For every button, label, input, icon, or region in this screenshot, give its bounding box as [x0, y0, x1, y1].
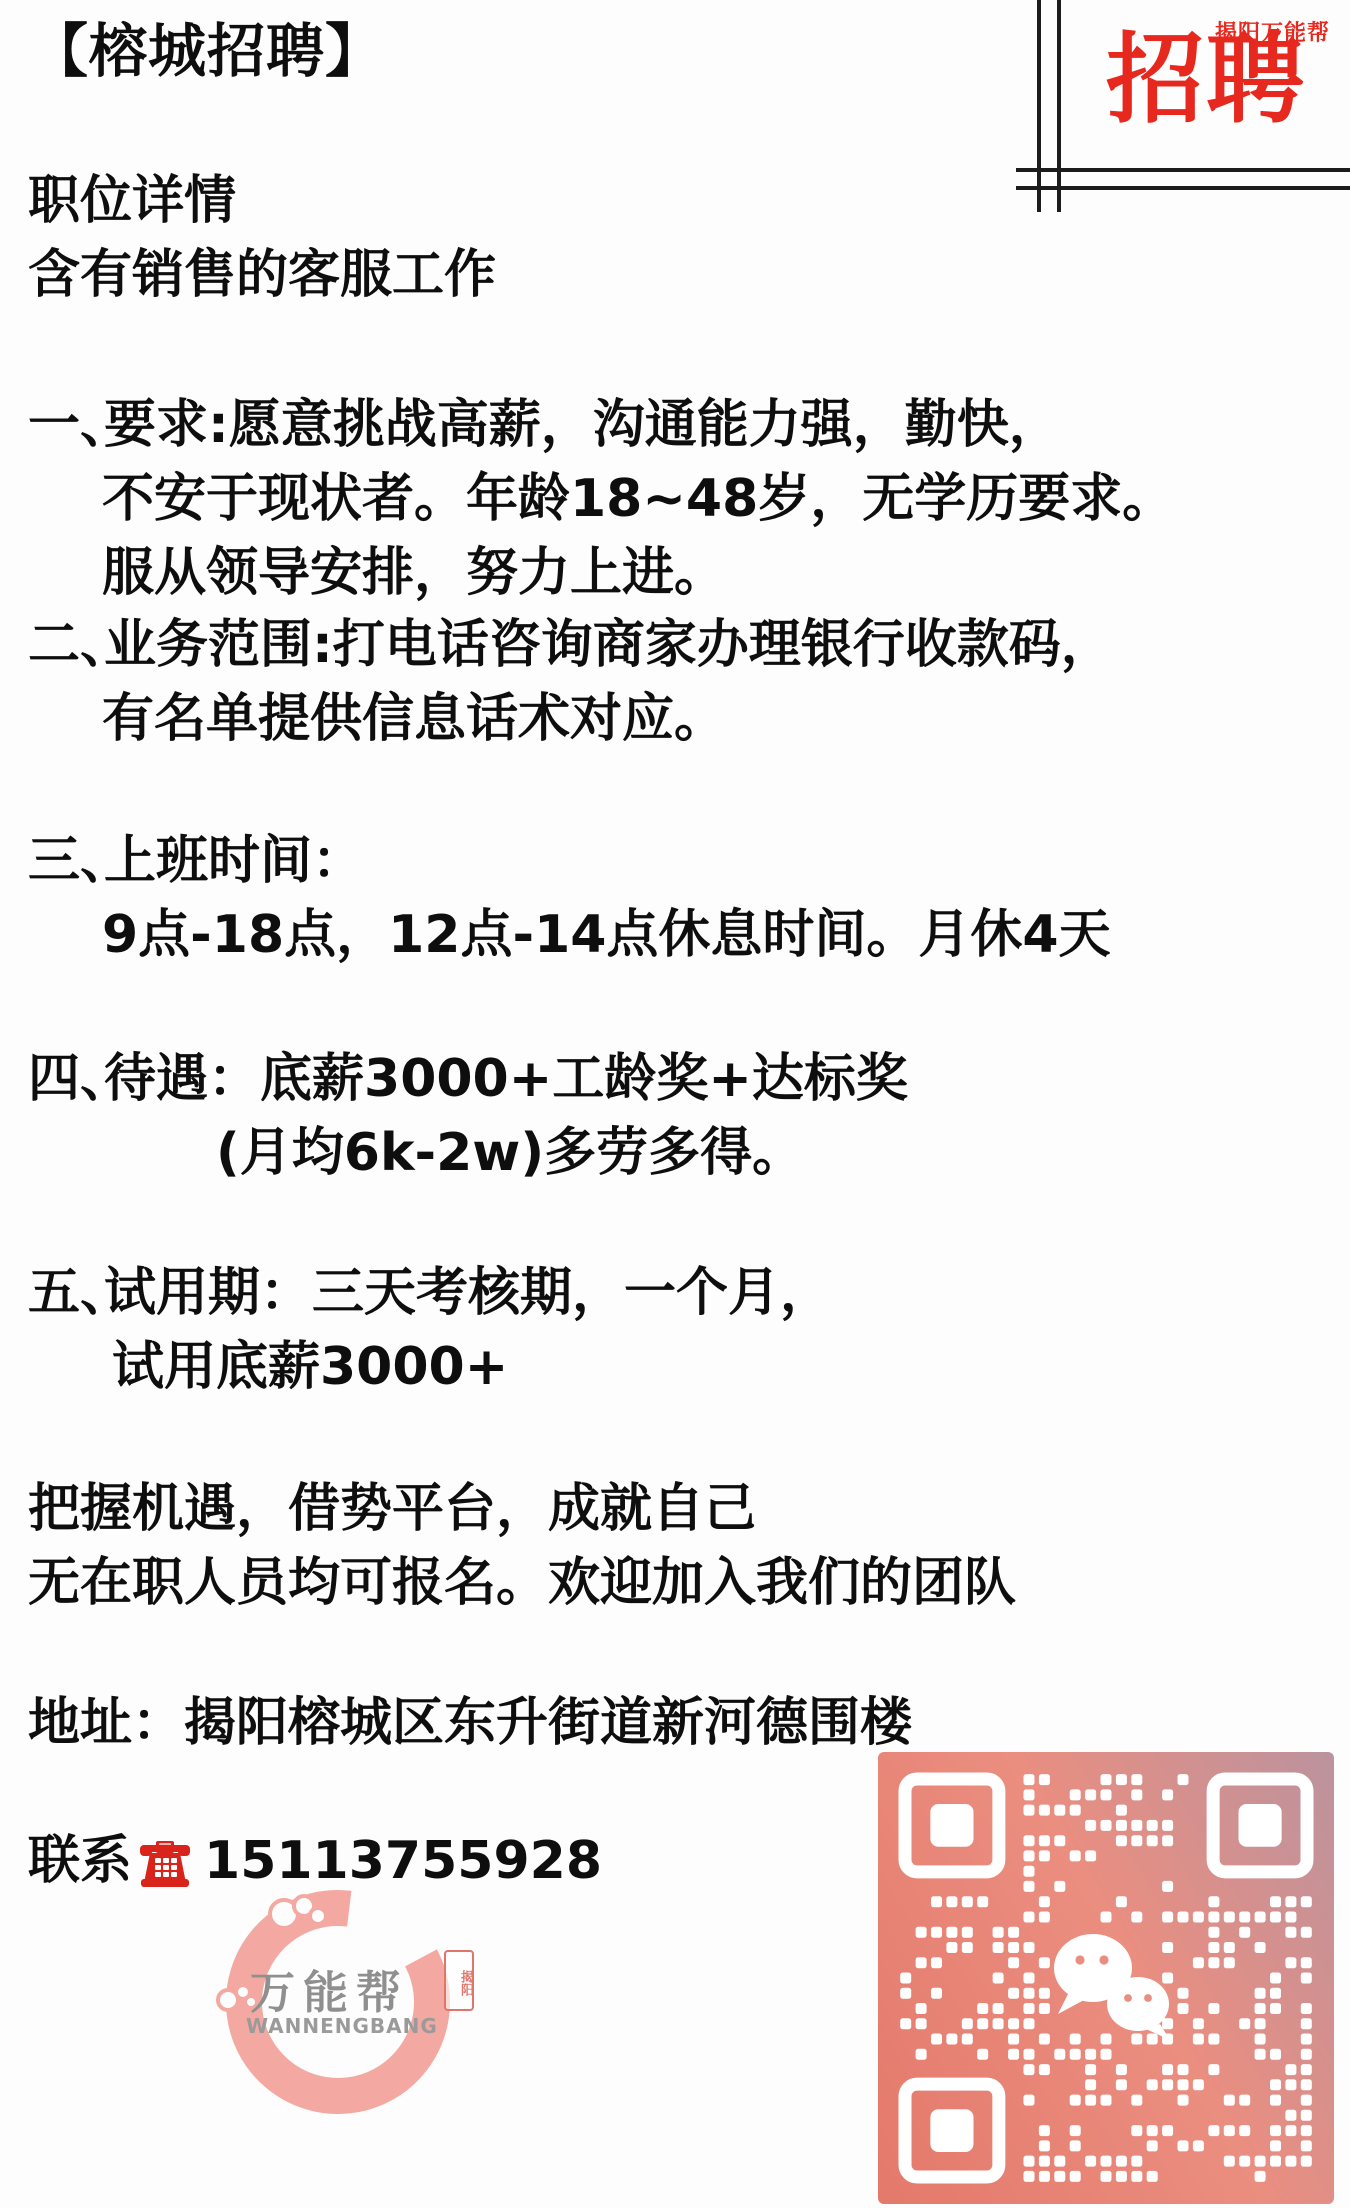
section-text: 上班时间： — [104, 831, 364, 891]
section-text: 9点-18点，12点-14点休息时间。月休4天 — [102, 898, 1111, 972]
section-text: 服从领导安排，努力上进。 — [102, 536, 1174, 610]
telephone-icon — [136, 1833, 194, 1889]
closing-slogan: 把握机遇，借势平台，成就自己 — [28, 1472, 756, 1546]
decor-vertical-line — [1057, 0, 1061, 212]
section-work-hours: 三、上班时间： 9点-18点，12点-14点休息时间。月休4天 — [28, 824, 1111, 972]
wannengbang-logo: 万能帮 WANNENGBANG 揭阳 — [188, 1880, 488, 2180]
logo-en-text: WANNENGBANG — [246, 2014, 438, 2038]
wechat-qr-code — [878, 1752, 1334, 2204]
recruit-stamp: 招聘 — [1106, 30, 1306, 130]
address-label: 地址： — [28, 1693, 184, 1753]
page-title: 【榕城招聘】 — [30, 18, 384, 84]
decor-horizontal-line — [1016, 186, 1350, 190]
section-text: 不安于现状者。年龄18~48岁，无学历要求。 — [102, 462, 1174, 536]
section-text: (月均6k-2w)多劳多得。 — [216, 1116, 908, 1190]
closing-invite: 无在职人员均可报名。欢迎加入我们的团队 — [28, 1546, 1016, 1620]
section-salary: 四、待遇：底薪3000+工龄奖+达标奖 (月均6k-2w)多劳多得。 — [28, 1042, 908, 1190]
logo-seal: 揭阳 — [444, 1950, 474, 2011]
section-probation: 五、试用期：三天考核期，一个月， 试用底薪3000+ — [28, 1256, 832, 1404]
section-text: 有名单提供信息话术对应。 — [102, 682, 1113, 756]
section-text: 业务范围:打电话咨询商家办理银行收款码， — [104, 615, 1113, 675]
address-value: 揭阳榕城区东升街道新河德围楼 — [184, 1693, 912, 1753]
section-business-scope: 二、业务范围:打电话咨询商家办理银行收款码， 有名单提供信息话术对应。 — [28, 608, 1113, 756]
decor-horizontal-line — [1016, 168, 1350, 172]
recruitment-poster: 【榕城招聘】 揭阳万能帮 招聘 职位详情 含有销售的客服工作 一、要求:愿意挑战… — [0, 0, 1350, 2208]
section-text: 试用底薪3000+ — [112, 1330, 832, 1404]
contact-label: 联系 — [28, 1824, 132, 1898]
section-text: 待遇：底薪3000+工龄奖+达标奖 — [104, 1049, 908, 1109]
decor-vertical-line — [1037, 0, 1041, 212]
job-details-heading: 职位详情 — [28, 164, 236, 238]
section-text: 要求:愿意挑战高薪，沟通能力强，勤快， — [104, 395, 1061, 455]
logo-cn-text: 万能帮 — [250, 1956, 409, 2021]
job-details-subheading: 含有销售的客服工作 — [28, 238, 496, 312]
address-line: 地址：揭阳榕城区东升街道新河德围楼 — [28, 1686, 912, 1760]
section-requirements: 一、要求:愿意挑战高薪，沟通能力强，勤快， 不安于现状者。年龄18~48岁，无学… — [28, 388, 1174, 610]
section-text: 试用期：三天考核期，一个月， — [104, 1263, 832, 1323]
